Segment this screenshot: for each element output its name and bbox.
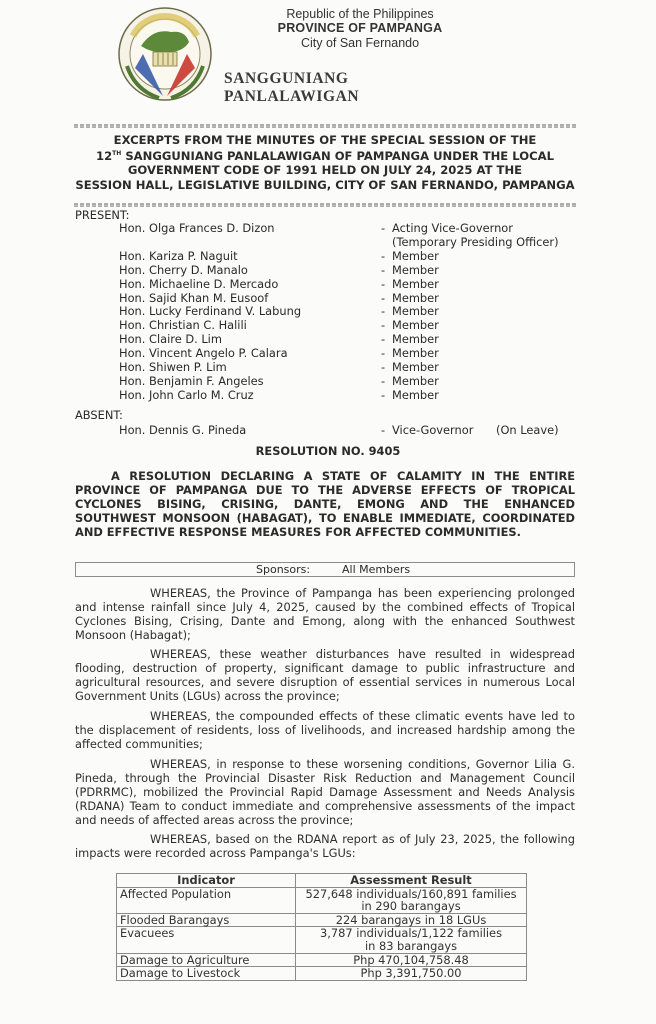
member-role: Member [392, 319, 439, 333]
member-name: Hon. Cherry D. Manalo [119, 264, 248, 278]
member-name: Hon. Michaeline D. Mercado [119, 278, 278, 292]
role-dash: - [381, 375, 385, 389]
member-name: Hon. Shiwen P. Lim [119, 361, 227, 375]
indicator-cell: Affected Population [117, 887, 296, 913]
indicator-cell: Evacuees [117, 927, 296, 953]
indicator-cell: Flooded Barangays [117, 913, 296, 927]
excerpt-line-2: 12TH SANGGUNIANG PANLALAWIGAN OF PAMPANG… [70, 147, 580, 163]
provincial-seal-logo [113, 6, 217, 104]
divider-bottom [74, 203, 576, 207]
header-assessment-result: Assessment Result [296, 874, 527, 888]
session-number: 12 [96, 149, 112, 163]
table-header-row: Indicator Assessment Result [117, 874, 527, 888]
indicator-cell: Damage to Livestock [117, 967, 296, 981]
assessment-result-cell: 527,648 individuals/160,891 familiesin 2… [296, 887, 527, 913]
excerpt-line-2-text: SANGGUNIANG PANLALAWIGAN OF PAMPANGA UND… [121, 149, 554, 163]
member-role: Member [392, 389, 439, 403]
resolution-number: RESOLUTION NO. 9405 [0, 444, 656, 458]
assessment-result-cell: Php 3,391,750.00 [296, 967, 527, 981]
role-dash: - [381, 305, 385, 319]
assessment-result-cell: 3,787 individuals/1,122 familiesin 83 ba… [296, 927, 527, 953]
whereas-clause: WHEREAS, these weather disturbances have… [75, 648, 575, 704]
member-name: Hon. Claire D. Lim [119, 333, 222, 347]
member-role: Member [392, 375, 439, 389]
whereas-text: WHEREAS, these weather disturbances have… [75, 647, 575, 703]
member-role: Member [392, 292, 439, 306]
member-note: (On Leave) [496, 424, 559, 438]
member-role: Member [392, 264, 439, 278]
role-dash: - [381, 264, 385, 278]
session-number-suffix: TH [112, 150, 121, 157]
member-name: Hon. Sajid Khan M. Eusoof [119, 292, 268, 306]
member-name: Hon. Dennis G. Pineda [119, 424, 246, 438]
role-dash: - [381, 424, 385, 438]
role-dash: - [381, 361, 385, 375]
whereas-clause: WHEREAS, in response to these worsening … [75, 758, 575, 828]
member-role: Member [392, 361, 439, 375]
member-role: Member [392, 278, 439, 292]
whereas-clause: WHEREAS, based on the RDANA report as of… [75, 833, 575, 861]
whereas-text: WHEREAS, the Province of Pampanga has be… [75, 586, 575, 642]
resolution-title: A RESOLUTION DECLARING A STATE OF CALAMI… [75, 469, 575, 539]
role-dash: - [381, 333, 385, 347]
role-dash: - [381, 389, 385, 403]
excerpt-heading: EXCERPTS FROM THE MINUTES OF THE SPECIAL… [70, 133, 580, 192]
assessment-result-cell: Php 470,104,758.48 [296, 953, 527, 967]
whereas-clause: WHEREAS, the compounded effects of these… [75, 710, 575, 752]
assessment-result-cell: 224 barangays in 18 LGUs [296, 913, 527, 927]
member-role: Member [392, 333, 439, 347]
member-name: Hon. Vincent Angelo P. Calara [119, 347, 288, 361]
letterhead-province: PROVINCE OF PAMPANGA [240, 21, 480, 35]
resolution-title-text: A RESOLUTION DECLARING A STATE OF CALAMI… [75, 469, 575, 539]
indicator-cell: Damage to Agriculture [117, 953, 296, 967]
present-label: PRESENT: [75, 208, 129, 222]
table-row: Evacuees3,787 individuals/1,122 families… [117, 927, 527, 953]
member-role: Acting Vice-Governor(Temporary Presiding… [392, 222, 559, 250]
divider-top [74, 124, 576, 128]
member-name: Hon. Olga Frances D. Dizon [119, 222, 275, 236]
member-role: Member [392, 347, 439, 361]
table-row: Flooded Barangays224 barangays in 18 LGU… [117, 913, 527, 927]
role-dash: - [381, 222, 385, 236]
member-role: Member [392, 250, 439, 264]
member-name: Hon. Lucky Ferdinand V. Labung [119, 305, 301, 319]
table-row: Affected Population527,648 individuals/1… [117, 887, 527, 913]
letterhead-republic: Republic of the Philippines [240, 7, 480, 21]
member-name: Hon. Benjamin F. Angeles [119, 375, 264, 389]
excerpt-line-3: GOVERNMENT CODE OF 1991 HELD ON JULY 24,… [70, 163, 580, 177]
absent-label: ABSENT: [75, 408, 123, 422]
letterhead-city: City of San Fernando [240, 36, 480, 50]
excerpt-line-1: EXCERPTS FROM THE MINUTES OF THE SPECIAL… [70, 133, 580, 147]
member-name: Hon. Kariza P. Naguit [119, 250, 238, 264]
role-dash: - [381, 292, 385, 306]
whereas-text: WHEREAS, the compounded effects of these… [75, 709, 575, 751]
sponsors-value: All Members [342, 563, 410, 576]
sponsors-box: Sponsors: All Members [75, 562, 575, 577]
impact-table: Indicator Assessment Result Affected Pop… [116, 873, 527, 981]
whereas-clause: WHEREAS, the Province of Pampanga has be… [75, 587, 575, 643]
sponsors-label: Sponsors: [256, 563, 310, 576]
header-indicator: Indicator [117, 874, 296, 888]
excerpt-line-4: SESSION HALL, LEGISLATIVE BUILDING, CITY… [70, 178, 580, 192]
role-dash: - [381, 347, 385, 361]
letterhead-office: SANGGUNIANG PANLALAWIGAN [224, 70, 484, 106]
table-row: Damage to LivestockPhp 3,391,750.00 [117, 967, 527, 981]
whereas-text: WHEREAS, based on the RDANA report as of… [75, 832, 575, 860]
table-row: Damage to AgriculturePhp 470,104,758.48 [117, 953, 527, 967]
whereas-text: WHEREAS, in response to these worsening … [75, 757, 575, 827]
role-dash: - [381, 250, 385, 264]
member-role: Vice-Governor [392, 424, 473, 438]
role-dash: - [381, 319, 385, 333]
member-name: Hon. John Carlo M. Cruz [119, 389, 254, 403]
member-role: Member [392, 305, 439, 319]
member-name: Hon. Christian C. Halili [119, 319, 247, 333]
role-dash: - [381, 278, 385, 292]
